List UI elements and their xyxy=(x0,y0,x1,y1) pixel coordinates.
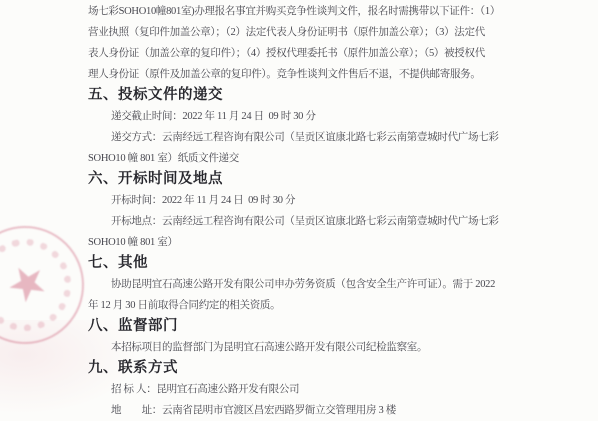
text-line: 年 12 月 30 日前取得合同约定的相关资质。 xyxy=(88,295,548,316)
text-line: 营业执照（复印件加盖公章）；（2）法定代表人身份证明书（原件加盖公章）；（3）法… xyxy=(88,22,548,43)
seal-star-icon: ★ xyxy=(0,252,56,312)
text-line: 表人身份证（加盖公章的复印件）；（4）授权代理委托书（原件加盖公章）；（5）被授… xyxy=(88,43,548,64)
document-page: ★ 场七彩SOHO10幢801室)办理报名事宜并购买竞争性谈判文件，报名时需携带… xyxy=(0,0,598,421)
text-line: 地 址：云南省昆明市官渡区昌宏西路罗衙立交管理用房 3 楼 xyxy=(88,400,548,421)
document-content: 场七彩SOHO10幢801室)办理报名事宜并购买竞争性谈判文件，报名时需携带以下… xyxy=(88,1,548,421)
seal-text-ring xyxy=(0,230,80,339)
section-heading: 九、联系方式 xyxy=(88,358,548,379)
text-line: 理人身份证（原件及加盖公章的复印件）。竞争性谈判文件售后不退，不提供邮寄服务。 xyxy=(88,64,548,85)
section-heading: 七、其他 xyxy=(88,253,548,274)
text-line: 本招标项目的监督部门为昆明宜石高速公路开发有限公司纪检监察室。 xyxy=(88,337,548,358)
text-line: SOHO10 幢 801 室） xyxy=(88,232,548,253)
text-line: 开标时间：2022 年 11 月 24 日 09 时 30 分 xyxy=(88,190,548,211)
section-heading: 八、监督部门 xyxy=(88,316,548,337)
text-line: 递交方式：云南经远工程咨询有限公司（呈贡区谊康北路七彩云南第壹城时代广场七彩 xyxy=(88,127,548,148)
section-heading: 五、投标文件的递交 xyxy=(88,85,548,106)
text-line: 开标地点：云南经远工程咨询有限公司（呈贡区谊康北路七彩云南第壹城时代广场七彩 xyxy=(88,211,548,232)
text-line: 协助昆明宜石高速公路开发有限公司申办劳务资质（包含安全生产许可证）。需于 202… xyxy=(88,274,548,295)
text-line: 场七彩SOHO10幢801室)办理报名事宜并购买竞争性谈判文件，报名时需携带以下… xyxy=(88,1,548,22)
text-line: SOHO10 幢 801 室）纸质文件递交 xyxy=(88,148,548,169)
section-heading: 六、开标时间及地点 xyxy=(88,169,548,190)
seal-outer-ring xyxy=(0,215,95,355)
text-line: 递交截止时间：2022 年 11 月 24 日 09 时 30 分 xyxy=(88,106,548,127)
text-line: 招 标 人：昆明宜石高速公路开发有限公司 xyxy=(88,379,548,400)
official-seal-stamp: ★ xyxy=(0,215,95,355)
